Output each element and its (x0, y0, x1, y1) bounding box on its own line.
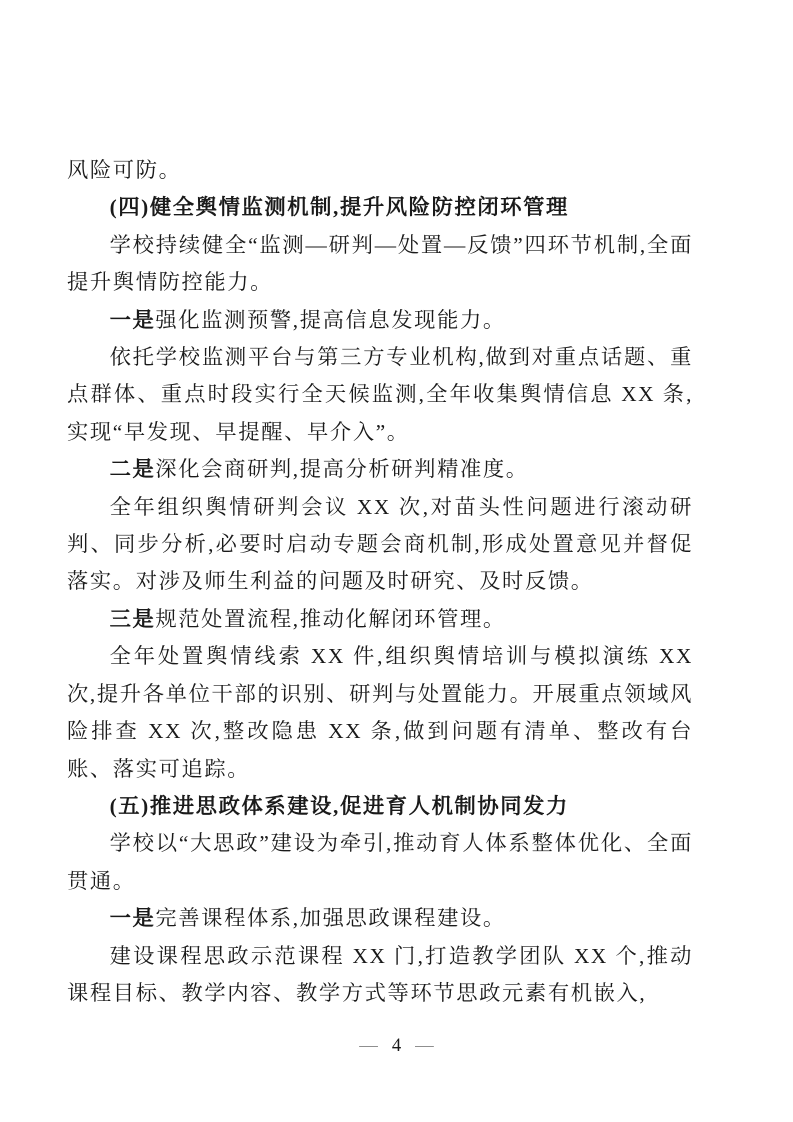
document-body: 风险可防。(四)健全舆情监测机制,提升风险防控闭环管理学校持续健全“监测—研判—… (67, 152, 693, 1012)
text-segment: 全年组织舆情研判会议 XX 次,对苗头性问题进行滚动研判、同步分析,必要时启动专… (67, 495, 693, 594)
paragraph: 风险可防。 (67, 152, 693, 189)
text-segment: 规范处置流程,推动化解闭环管理。 (155, 607, 505, 631)
footer-dash-left: — (359, 1035, 378, 1056)
paragraph: 学校持续健全“监测—研判—处置—反馈”四环节机制,全面提升舆情防控能力。 (67, 227, 693, 302)
footer-dash-right: — (415, 1035, 434, 1056)
text-segment: 深化会商研判,提高分析研判精准度。 (155, 457, 528, 481)
text-segment: 强化监测预警,提高信息发现能力。 (155, 308, 505, 332)
paragraph: 学校以“大思政”建设为牵引,推动育人体系整体优化、全面贯通。 (67, 825, 693, 900)
document-page: 风险可防。(四)健全舆情监测机制,提升风险防控闭环管理学校持续健全“监测—研判—… (0, 0, 793, 1122)
text-segment: 全年处置舆情线索 XX 件,组织舆情培训与模拟演练 XX 次,提升各单位干部的识… (67, 644, 693, 780)
paragraph: 建设课程思政示范课程 XX 门,打造教学团队 XX 个,推动课程目标、教学内容、… (67, 938, 693, 1013)
text-segment: 完善课程体系,加强思政课程建设。 (155, 906, 505, 930)
text-segment: (四)健全舆情监测机制,提升风险防控闭环管理 (110, 195, 569, 219)
page-footer: —4— (0, 1034, 793, 1058)
paragraph: 依托学校监测平台与第三方专业机构,做到对重点话题、重点群体、重点时段实行全天候监… (67, 339, 693, 451)
section-heading: (四)健全舆情监测机制,提升风险防控闭环管理 (67, 189, 693, 226)
paragraph: 一是完善课程体系,加强思政课程建设。 (67, 900, 693, 937)
text-segment: 建设课程思政示范课程 XX 门,打造教学团队 XX 个,推动课程目标、教学内容、… (67, 944, 693, 1005)
text-segment: 一是 (110, 906, 156, 930)
page-number: 4 (392, 1034, 401, 1058)
text-segment: 依托学校监测平台与第三方专业机构,做到对重点话题、重点群体、重点时段实行全天候监… (67, 345, 693, 444)
text-segment: 学校以“大思政”建设为牵引,推动育人体系整体优化、全面贯通。 (67, 831, 693, 892)
section-heading: (五)推进思政体系建设,促进育人机制协同发力 (67, 788, 693, 825)
text-segment: 学校持续健全“监测—研判—处置—反馈”四环节机制,全面提升舆情防控能力。 (67, 233, 693, 294)
paragraph: 三是规范处置流程,推动化解闭环管理。 (67, 601, 693, 638)
paragraph: 全年组织舆情研判会议 XX 次,对苗头性问题进行滚动研判、同步分析,必要时启动专… (67, 489, 693, 601)
text-segment: 二是 (110, 457, 156, 481)
text-segment: 风险可防。 (67, 158, 182, 182)
text-segment: 一是 (110, 308, 156, 332)
paragraph: 一是强化监测预警,提高信息发现能力。 (67, 302, 693, 339)
text-segment: (五)推进思政体系建设,促进育人机制协同发力 (110, 794, 569, 818)
text-segment: 三是 (110, 607, 156, 631)
paragraph: 二是深化会商研判,提高分析研判精准度。 (67, 451, 693, 488)
paragraph: 全年处置舆情线索 XX 件,组织舆情培训与模拟演练 XX 次,提升各单位干部的识… (67, 638, 693, 788)
